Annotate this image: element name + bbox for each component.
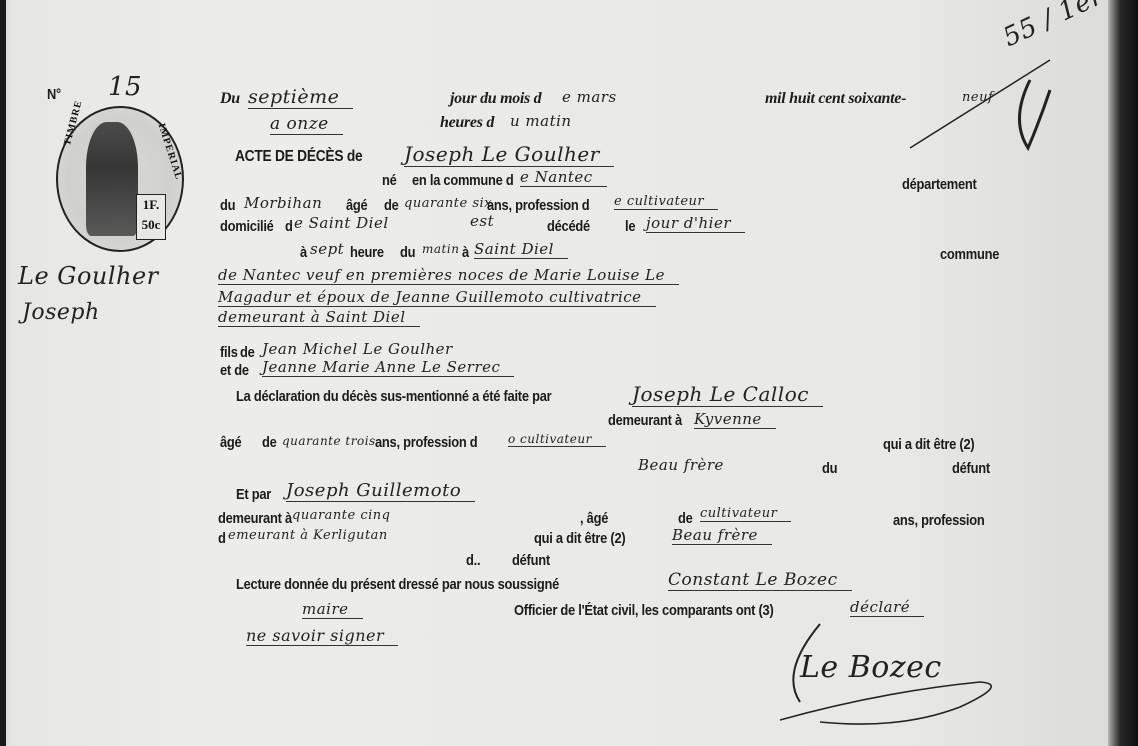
signature-flourish-icon — [760, 612, 1020, 732]
demeurant2-label: demeurant à — [218, 510, 292, 527]
act-number: 15 — [108, 72, 142, 102]
acte-label: ACTE DE DÉCÈS de — [235, 148, 362, 166]
heure-label: heure — [350, 244, 384, 261]
ans-profession-label: ans, profession d — [487, 197, 589, 214]
age2-label: , âgé — [580, 510, 608, 527]
month-value: e mars — [562, 88, 617, 106]
death-date: jour d'hier — [646, 214, 745, 233]
age-value: quarante six — [404, 196, 492, 211]
le-label: le — [625, 218, 635, 235]
margin-firstname: Joseph — [22, 300, 100, 325]
declarant1-name: Joseph Le Calloc — [632, 382, 823, 407]
stamp-text-right: IMPERIAL — [156, 122, 185, 182]
domicilie-label: domicilié — [220, 218, 274, 235]
profession-value: e cultivateur — [614, 194, 718, 210]
est-value: est — [470, 212, 494, 230]
d2-label: d.. — [466, 552, 480, 569]
de-d1-label: de — [262, 434, 277, 451]
imperial-stamp: 1F. 50c TIMBRE IMPERIAL — [56, 106, 184, 252]
declarant1-residence: Kyvenne — [694, 410, 776, 429]
declaration-intro: La déclaration du décès sus-mentionné a … — [236, 388, 551, 405]
declarant2-age: quarante cinq — [292, 508, 390, 523]
departement-value: Morbihan — [244, 194, 322, 212]
et-par-label: Et par — [236, 486, 271, 503]
officer-title: maire — [302, 600, 363, 619]
a2-label: à — [462, 244, 469, 261]
justice-figure-icon — [86, 122, 138, 236]
d-d2-label: d — [218, 530, 226, 547]
demeurant-label: demeurant à — [608, 412, 682, 429]
du-label: Du — [220, 90, 240, 108]
deceased-name: Joseph Le Goulher — [404, 142, 614, 167]
year-label: mil huit cent soixante- — [765, 90, 906, 108]
et-de-label: et de — [220, 362, 249, 379]
d-label: d — [285, 218, 293, 235]
officer-name: Constant Le Bozec — [668, 570, 852, 591]
de2-label: de — [240, 344, 255, 361]
mother-name: Jeanne Marie Anne Le Serrec — [262, 358, 514, 377]
father-name: Jean Michel Le Goulher — [262, 340, 453, 358]
du2-label: du — [400, 244, 415, 261]
defunt-label: défunt — [952, 460, 990, 477]
departement-label: département — [902, 176, 977, 193]
de-label: de — [384, 197, 399, 214]
death-hour: sept — [310, 240, 344, 258]
day-value: septième — [248, 86, 353, 109]
commune2-label: commune — [940, 246, 999, 263]
ne-label: né — [382, 172, 397, 189]
death-place: Saint Diel — [474, 240, 568, 259]
declarant2-relation: Beau frère — [672, 526, 772, 545]
page-left-edge — [0, 0, 6, 746]
domicile-value: e Saint Diel — [294, 214, 389, 232]
death-period: matin — [422, 242, 459, 256]
de2-d2-label: de — [678, 510, 693, 527]
birth-commune: e Nantec — [520, 168, 607, 187]
defunt2-label: défunt — [512, 552, 550, 569]
qui2-label: qui a dit être (2) — [534, 530, 625, 547]
a-label: à — [300, 244, 307, 261]
age-d1-label: âgé — [220, 434, 241, 451]
document-page: N° 15 55 / 1er 1F. 50c TIMBRE IMPERIAL L… — [0, 0, 1108, 746]
declarant1-relation: Beau frère — [638, 456, 724, 474]
du-label-d1: du — [822, 460, 837, 477]
declarant2-profession: cultivateur — [700, 506, 791, 522]
margin-surname: Le Goulher — [18, 262, 159, 290]
profession-d1-label: ans, profession d — [375, 434, 477, 451]
declarant2-name: Joseph Guillemoto — [286, 480, 475, 502]
jour-label: jour du mois d — [450, 90, 541, 108]
lecture-label: Lecture donnée du présent dressé par nou… — [236, 576, 559, 593]
year-value: neuf — [962, 90, 993, 105]
age-label: âgé — [346, 197, 367, 214]
period-value: u matin — [510, 112, 572, 130]
declarant2-residence: emeurant à Kerligutan — [228, 528, 388, 543]
detail-line-2: Magadur et époux de Jeanne Guillemoto cu… — [218, 288, 656, 307]
stamp-text-left: TIMBRE — [62, 99, 85, 147]
heures-label: heures d — [440, 114, 494, 132]
declarant1-profession: o cultivateur — [508, 432, 606, 447]
du-dept-label: du — [220, 197, 235, 214]
number-label: N° — [47, 86, 61, 103]
officier-label: Officier de l'État civil, les comparants… — [514, 602, 774, 619]
qui-label: qui a dit être (2) — [883, 436, 974, 453]
detail-line-3: demeurant à Saint Diel — [218, 308, 420, 327]
commune-label: en la commune d — [412, 172, 514, 189]
decede-label: décédé — [547, 218, 590, 235]
not-sign-value: ne savoir signer — [246, 626, 398, 646]
hour-value: a onze — [270, 114, 343, 135]
declarant1-age: quarante trois — [282, 434, 376, 448]
detail-line-1: de Nantec veuf en premières noces de Mar… — [218, 266, 679, 285]
ans-profession2-label: ans, profession — [893, 512, 984, 529]
stamp-value: 1F. 50c — [136, 194, 166, 240]
fils-label: fils — [220, 344, 238, 361]
book-binding — [1108, 0, 1138, 746]
